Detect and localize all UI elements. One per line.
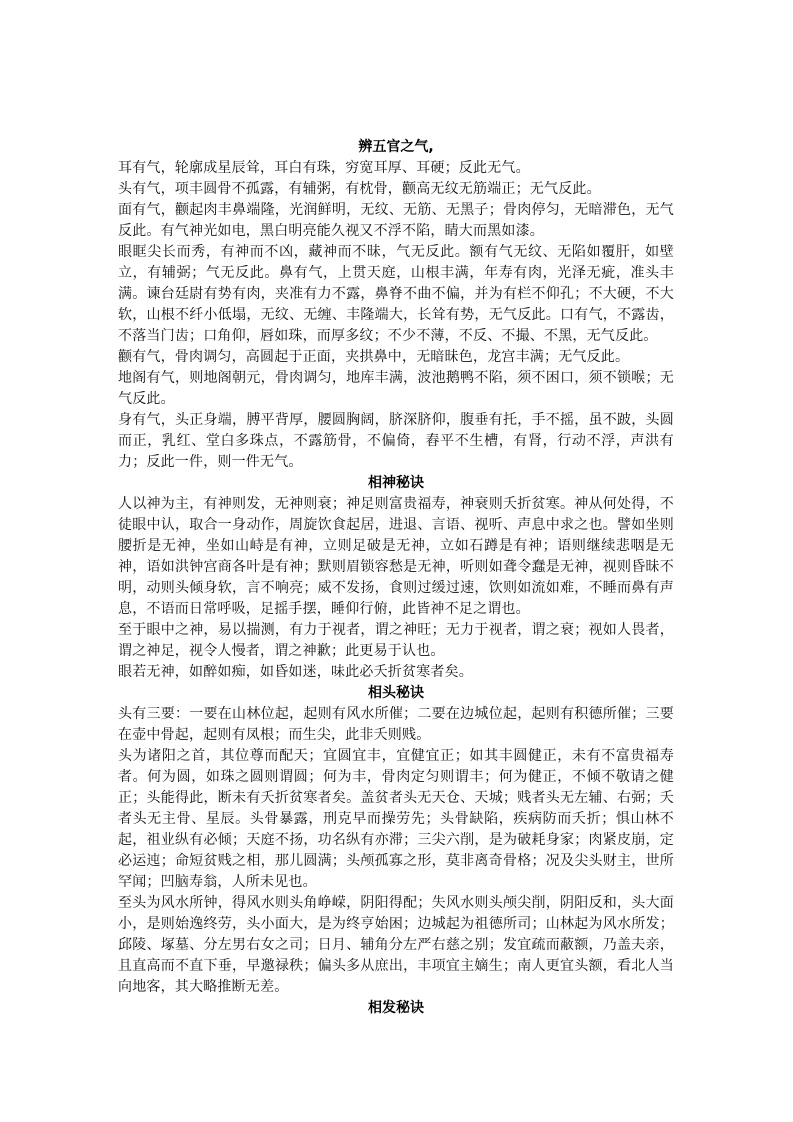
- paragraph-spirit-no-spirit: 眼若无神，如醉如痴，如昏如迷，味此必夭折贫寒者矣。: [118, 662, 674, 683]
- section-title-five-features: 辨五官之气,: [118, 137, 674, 158]
- paragraph-head-fengshui: 至头为风水所钟，得风水则头角峥嵘，阴阳得配；失风水则头颅尖削，阴阳反和，头大面小…: [118, 893, 674, 998]
- paragraph-head-three-essentials: 头有三要：一要在山林位起，起则有风水所催；二要在边城位起，起则有积德所催；三要在…: [118, 704, 674, 746]
- paragraph-ear: 耳有气，轮廓成星辰耸，耳白有珠，穷宽耳厚、耳硬；反此无气。: [118, 158, 674, 179]
- paragraph-spirit-eyes: 至于眼中之神，易以揣测，有力于视者，谓之神旺；无力于视者，谓之衰；视如人畏者，谓…: [118, 620, 674, 662]
- paragraph-spirit-main: 人以神为主，有神则发，无神则衰；神足则富贵福寿，神衰则夭折贫寒。神从何处得，不徒…: [118, 494, 674, 620]
- paragraph-body: 身有气，头正身端，膊平背厚，腰圆胸阔，脐深脐仰，腹垂有托，手不摇，虽不跛，头圆而…: [118, 410, 674, 473]
- paragraph-chin: 地阁有气，则地阁朝元，骨肉调匀，地库丰满，波池鹅鸭不陷，须不困口，须不锁喉；无气…: [118, 368, 674, 410]
- section-title-hair: 相发秘诀: [118, 998, 674, 1019]
- document-page: 辨五官之气, 耳有气，轮廓成星辰耸，耳白有珠，穷宽耳厚、耳硬；反此无气。 头有气…: [118, 137, 674, 1019]
- paragraph-eyes-nose-mouth: 眼眶尖长而秀，有神而不凶，藏神而不昧，气无反此。额有气无纹、无陷如覆肝，如壁立，…: [118, 242, 674, 347]
- paragraph-face: 面有气，颧起肉丰鼻端隆，光润鲜明，无纹、无筋、无黑子；骨肉停匀，无暗滞色，无气反…: [118, 200, 674, 242]
- paragraph-head: 头有气，项丰圆骨不孤露，有辅粥，有枕骨，颧高无纹无筋端正；无气反此。: [118, 179, 674, 200]
- paragraph-head-yang: 头为诸阳之首，其位尊而配天；宜圆宜丰，宜健宜正；如其丰圆健正，未有不富贵福寿者。…: [118, 746, 674, 893]
- paragraph-cheekbones: 颧有气，骨肉调匀，高圆起于正面，夹拱鼻中，无暗昧色，龙宫丰满；无气反此。: [118, 347, 674, 368]
- section-title-spirit: 相神秘诀: [118, 473, 674, 494]
- section-title-head: 相头秘诀: [118, 683, 674, 704]
